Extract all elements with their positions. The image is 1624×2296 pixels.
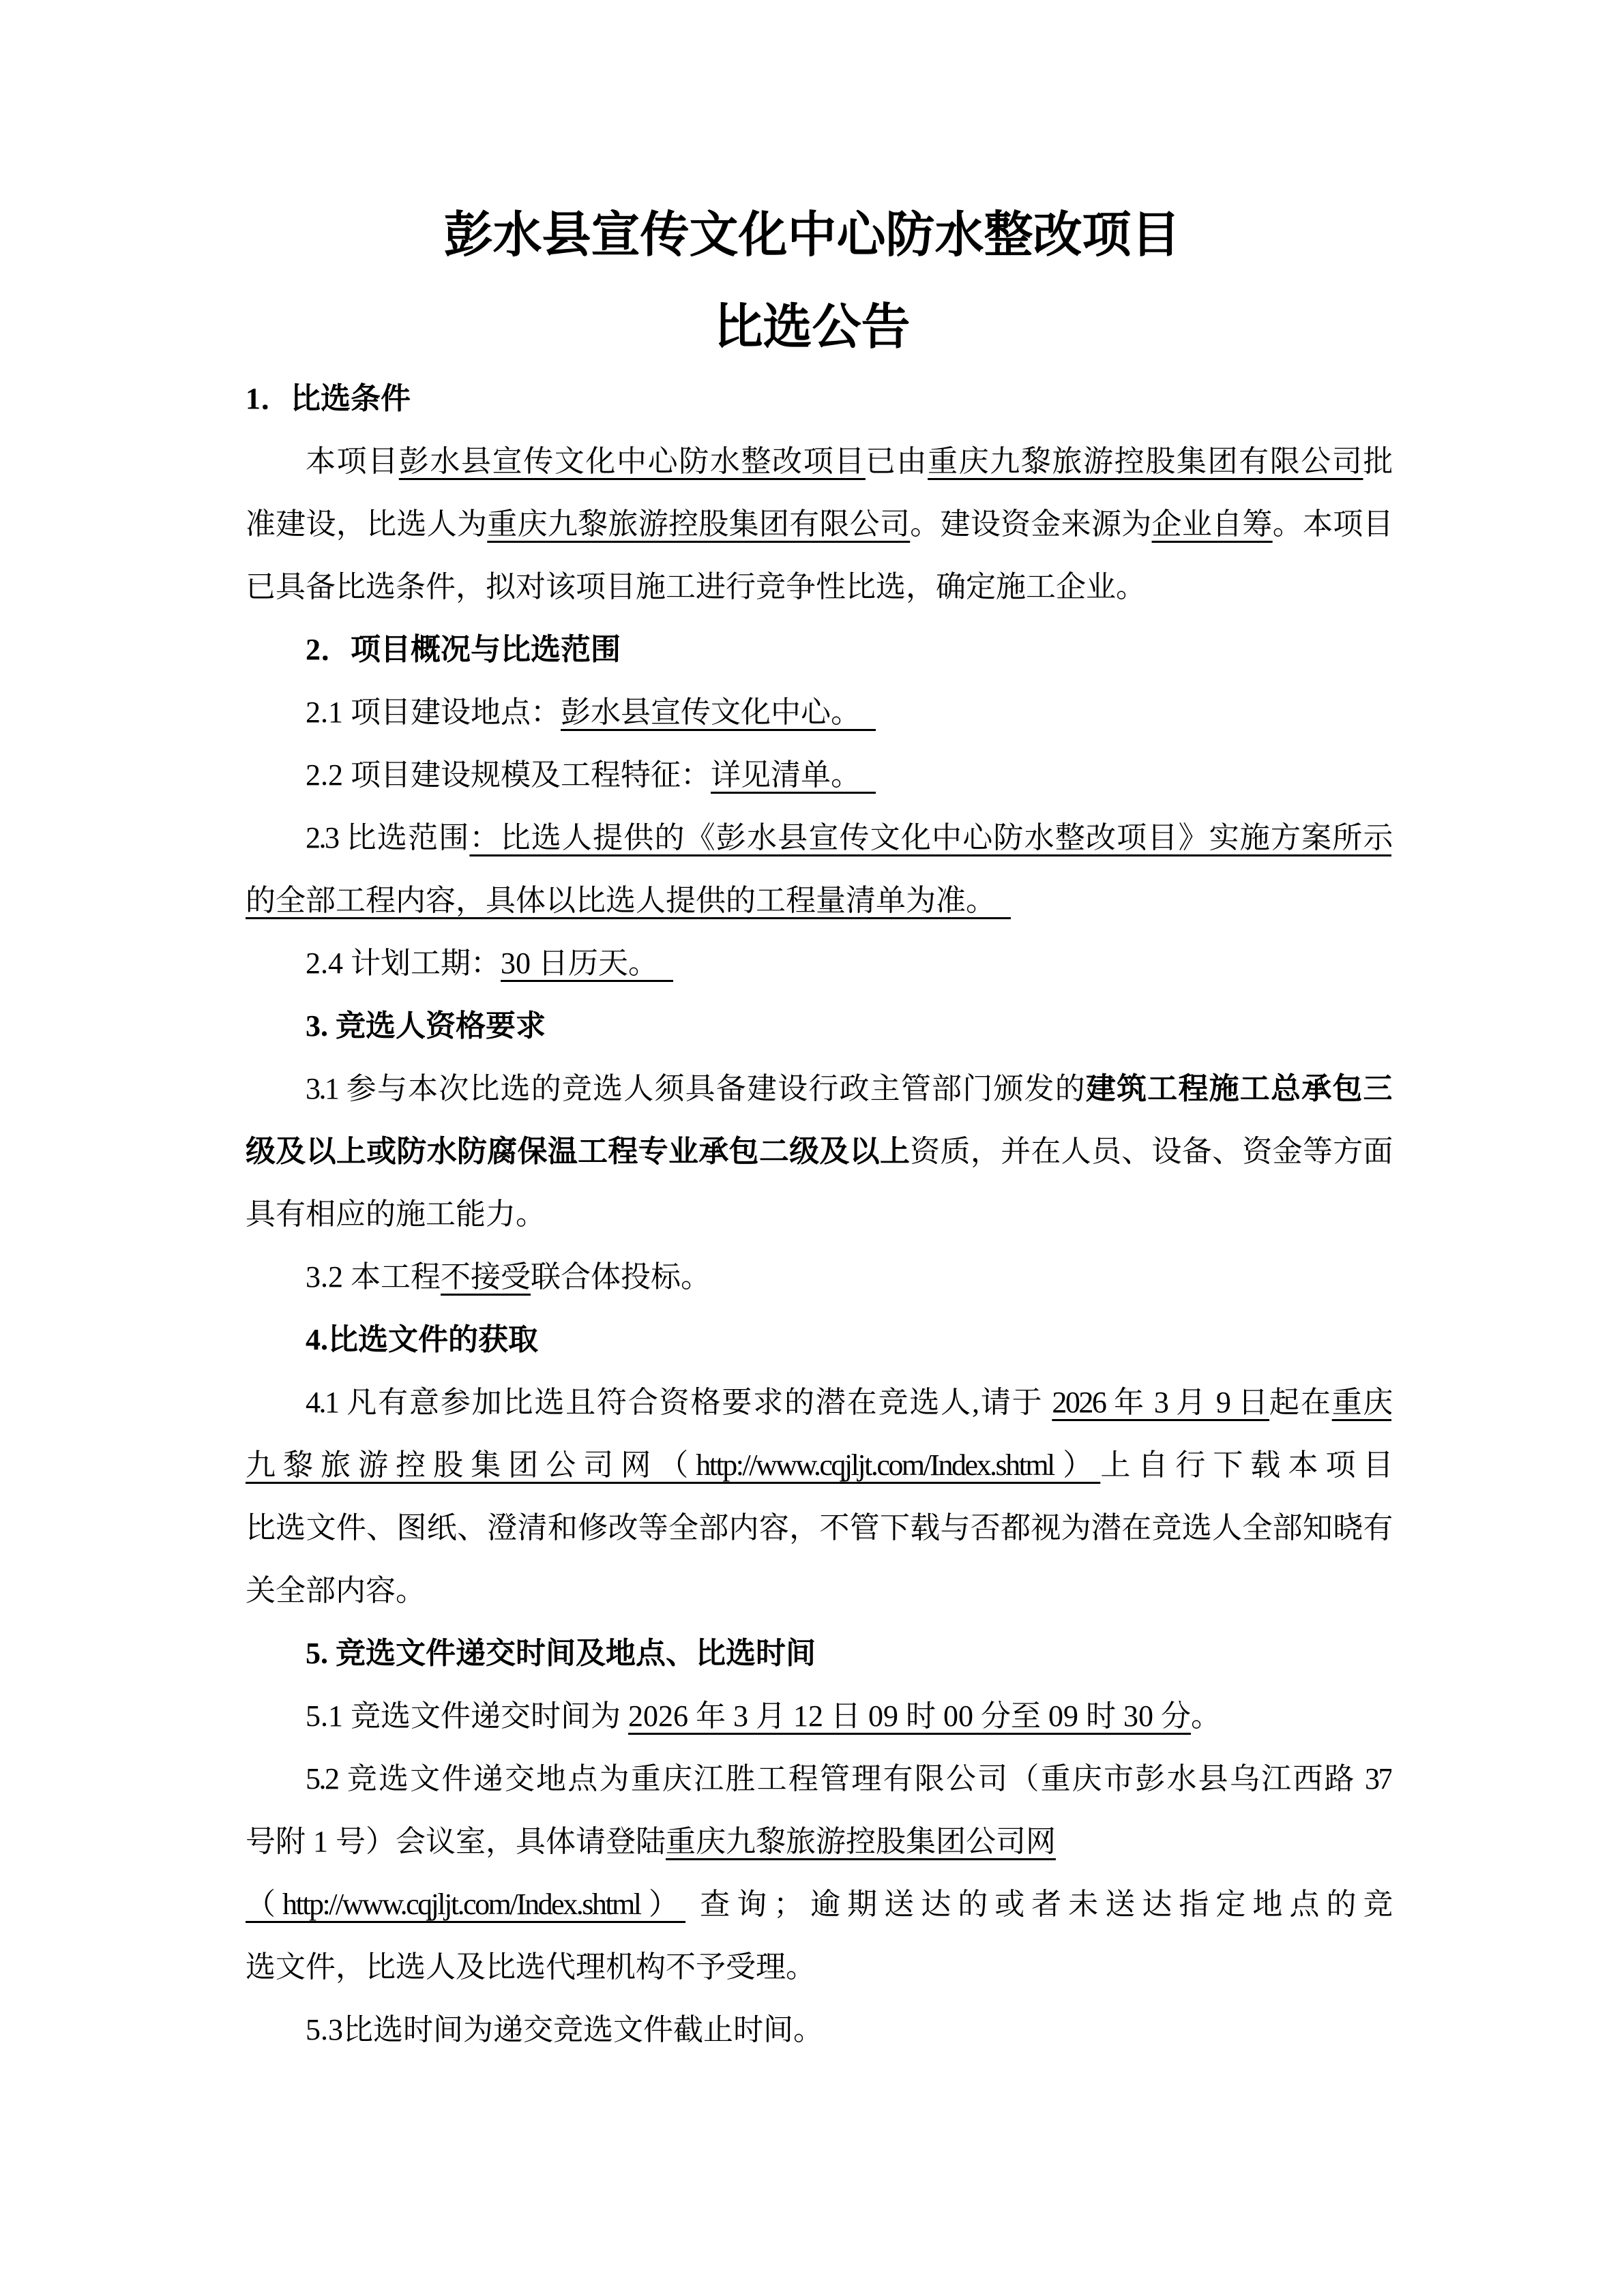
text-line: 3.1 参与本次比选的竞选人须具备建设行政主管部门颁发的建筑工程施工总承包三 [246, 1058, 1391, 1120]
text-line: 的全部工程内容，具体以比选人提供的工程量清单为准。 [246, 869, 1391, 932]
underlined-text: 30 日历天。 [501, 946, 673, 980]
bold-text: 1．比选条件 [246, 382, 411, 415]
underlined-text: 2026 年 3 月 9 日 [1052, 1386, 1269, 1419]
underlined-text: 2026 年 3 月 12 日 09 时 00 分至 09 时 30 分 [628, 1699, 1191, 1733]
bold-text: 级及以上或防水防腐保温工程专业承包二级及以上 [246, 1135, 910, 1168]
text-run: 5.3比选时间为递交竞选文件截止时间。 [306, 2013, 823, 2046]
text-run: 准建设，比选人为 [246, 507, 487, 541]
text-line: 关全部内容。 [246, 1560, 1391, 1622]
text-line: 5.1 竞选文件递交时间为 2026 年 3 月 12 日 09 时 00 分至… [246, 1685, 1391, 1748]
bold-text: 建筑工程施工总承包三 [1086, 1072, 1391, 1105]
text-run: 比选文件、图纸、澄清和修改等全部内容，不管下载与否都视为潜在竞选人全部知晓有 [246, 1511, 1391, 1545]
underlined-text: 九黎旅游控股集团公司网（http://www.cqjljt.com/Index.… [246, 1448, 1100, 1482]
document-title: 彭水县宣传文化中心防水整改项目 [0, 198, 1624, 273]
text-line: 具有相应的施工能力。 [246, 1183, 1391, 1246]
text-run: 2.4 计划工期： [306, 946, 501, 980]
text-run: 批 [1363, 445, 1391, 478]
text-run: 选文件，比选人及比选代理机构不予受理。 [246, 1950, 816, 1984]
text-line: 4.1 凡有意参加比选且符合资格要求的潜在竞选人,请于 2026 年 3 月 9… [246, 1371, 1391, 1434]
text-line: 九黎旅游控股集团公司网（http://www.cqjljt.com/Index.… [246, 1434, 1391, 1497]
underlined-text: 不接受 [441, 1260, 531, 1294]
text-run: 3.2 本工程 [306, 1260, 441, 1294]
text-run: 上自行下载本项目 [1100, 1448, 1391, 1482]
document-subtitle: 比选公告 [0, 290, 1624, 365]
text-line: 2.4 计划工期：30 日历天。 [246, 932, 1391, 995]
heading-line: 2．项目概况与比选范围 [246, 618, 1391, 681]
text-run: 联合体投标。 [531, 1260, 711, 1294]
text-line: 2.3 比选范围：比选人提供的《彭水县宣传文化中心防水整改项目》实施方案所示 [246, 807, 1391, 869]
bold-text: 5. 竞选文件递交时间及地点、比选时间 [306, 1637, 816, 1670]
text-line: 2.1 项目建设地点：彭水县宣传文化中心。 [246, 681, 1391, 744]
text-run: 已由 [866, 445, 928, 478]
text-run: 起在 [1269, 1386, 1332, 1419]
text-run: 。 [1191, 1699, 1221, 1733]
underlined-text: 详见清单。 [711, 758, 876, 792]
bold-text: 4.比选文件的获取 [306, 1323, 538, 1356]
text-line: 准建设，比选人为重庆九黎旅游控股集团有限公司。建设资金来源为企业自筹。本项目 [246, 493, 1391, 556]
text-line: 5.2 竞选文件递交地点为重庆江胜工程管理有限公司（重庆市彭水县乌江西路 37 [246, 1748, 1391, 1810]
bold-text: 3. 竞选人资格要求 [306, 1009, 546, 1043]
text-run: 。本项目 [1273, 507, 1391, 541]
text-run: 3.1 参与本次比选的竞选人须具备建设行政主管部门颁发的 [306, 1072, 1086, 1105]
underlined-text: 企业自筹 [1152, 507, 1273, 541]
heading-line: 4.比选文件的获取 [246, 1309, 1391, 1371]
text-run: 2.1 项目建设地点： [306, 696, 561, 729]
text-line: 号附 1 号）会议室，具体请登陆重庆九黎旅游控股集团公司网 [246, 1810, 1391, 1873]
text-run: 本项目 [306, 445, 399, 478]
heading-line: 1．比选条件 [246, 368, 1391, 430]
heading-line: 5. 竞选文件递交时间及地点、比选时间 [246, 1622, 1391, 1685]
text-run: 关全部内容。 [246, 1574, 426, 1607]
text-line: 3.2 本工程不接受联合体投标。 [246, 1246, 1391, 1309]
underlined-text: 彭水县宣传文化中心防水整改项目 [399, 445, 866, 478]
text-run: 查询；逾期送达的或者未送达指定地点的竞 [685, 1888, 1391, 1921]
text-line: 级及以上或防水防腐保温工程专业承包二级及以上资质，并在人员、设备、资金等方面 [246, 1120, 1391, 1183]
text-run: 具有相应的施工能力。 [246, 1197, 546, 1231]
text-run: 资质，并在人员、设备、资金等方面 [910, 1135, 1391, 1168]
text-run: 号附 1 号）会议室，具体请登陆 [246, 1825, 666, 1858]
underlined-text: 重庆九黎旅游控股集团公司网 [666, 1825, 1056, 1858]
document-page: 彭水县宣传文化中心防水整改项目 比选公告 1．比选条件本项目彭水县宣传文化中心防… [0, 0, 1624, 2296]
underlined-text: （http://www.cqjljt.com/Index.shtml） [246, 1888, 685, 1921]
heading-line: 3. 竞选人资格要求 [246, 995, 1391, 1058]
text-line: 比选文件、图纸、澄清和修改等全部内容，不管下载与否都视为潜在竞选人全部知晓有 [246, 1497, 1391, 1560]
text-run: 5.2 竞选文件递交地点为重庆江胜工程管理有限公司（重庆市彭水县乌江西路 37 [306, 1762, 1391, 1795]
text-run: 2.2 项目建设规模及工程特征： [306, 758, 711, 792]
text-line: （http://www.cqjljt.com/Index.shtml） 查询；逾… [246, 1873, 1391, 1936]
text-run: 。建设资金来源为 [910, 507, 1151, 541]
text-line: 本项目彭水县宣传文化中心防水整改项目已由重庆九黎旅游控股集团有限公司批 [246, 430, 1391, 493]
document-body: 1．比选条件本项目彭水县宣传文化中心防水整改项目已由重庆九黎旅游控股集团有限公司… [246, 368, 1391, 2061]
text-run: 5.1 竞选文件递交时间为 [306, 1699, 628, 1733]
underlined-text: 重庆 [1332, 1386, 1391, 1419]
text-line: 选文件，比选人及比选代理机构不予受理。 [246, 1936, 1391, 1999]
underlined-text: 重庆九黎旅游控股集团有限公司 [928, 445, 1363, 478]
text-line: 已具备比选条件，拟对该项目施工进行竞争性比选，确定施工企业。 [246, 556, 1391, 618]
text-line: 5.3比选时间为递交竞选文件截止时间。 [246, 1999, 1391, 2061]
text-run: 已具备比选条件，拟对该项目施工进行竞争性比选，确定施工企业。 [246, 570, 1146, 603]
underlined-text: 重庆九黎旅游控股集团有限公司 [487, 507, 910, 541]
text-line: 2.2 项目建设规模及工程特征：详见清单。 [246, 744, 1391, 807]
text-run: 4.1 凡有意参加比选且符合资格要求的潜在竞选人,请于 [306, 1386, 1052, 1419]
bold-text: 2．项目概况与比选范围 [306, 633, 621, 666]
text-run: 2.3 比选范围 [306, 821, 469, 854]
underlined-text: 的全部工程内容，具体以比选人提供的工程量清单为准。 [246, 884, 1011, 917]
underlined-text: ：比选人提供的《彭水县宣传文化中心防水整改项目》实施方案所示 [469, 821, 1391, 854]
underlined-text: 彭水县宣传文化中心。 [561, 696, 876, 729]
